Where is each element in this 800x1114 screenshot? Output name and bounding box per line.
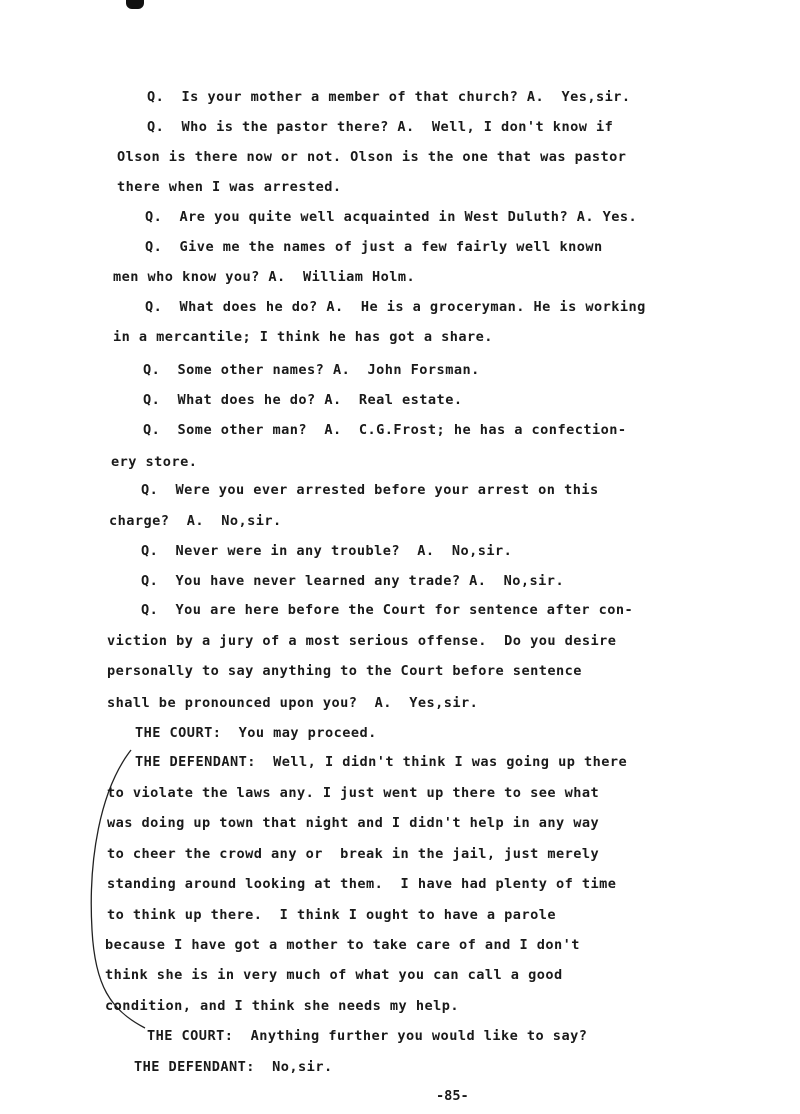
transcript-line: Q. Who is the pastor there? A. Well, I d… bbox=[147, 119, 613, 135]
transcript-line: to violate the laws any. I just went up … bbox=[107, 785, 599, 801]
transcript-line: Q. Some other names? A. John Forsman. bbox=[143, 362, 480, 378]
transcript-line: THE DEFENDANT: Well, I didn't think I wa… bbox=[135, 754, 627, 770]
transcript-line: charge? A. No,sir. bbox=[109, 513, 282, 529]
transcript-line: to think up there. I think I ought to ha… bbox=[107, 907, 556, 923]
transcript-line: viction by a jury of a most serious offe… bbox=[107, 633, 616, 649]
transcript-line: condition, and I think she needs my help… bbox=[105, 998, 459, 1014]
transcript-page: Q. Is your mother a member of that churc… bbox=[0, 0, 800, 1114]
transcript-line: was doing up town that night and I didn'… bbox=[107, 815, 599, 831]
transcript-line: THE COURT: Anything further you would li… bbox=[147, 1028, 587, 1044]
transcript-line: men who know you? A. William Holm. bbox=[113, 269, 415, 285]
transcript-line: Q. What does he do? A. He is a groceryma… bbox=[145, 299, 646, 315]
transcript-line: Q. Give me the names of just a few fairl… bbox=[145, 239, 603, 255]
transcript-line: to cheer the crowd any or break in the j… bbox=[107, 846, 599, 862]
transcript-line: Q. Some other man? A. C.G.Frost; he has … bbox=[143, 422, 627, 438]
transcript-line: Q. Were you ever arrested before your ar… bbox=[141, 482, 599, 498]
transcript-line: Olson is there now or not. Olson is the … bbox=[117, 149, 626, 165]
transcript-line: personally to say anything to the Court … bbox=[107, 663, 582, 679]
transcript-line: Q. What does he do? A. Real estate. bbox=[143, 392, 462, 408]
transcript-line: standing around looking at them. I have … bbox=[107, 876, 616, 892]
page-number: -85- bbox=[436, 1088, 469, 1104]
transcript-line: because I have got a mother to take care… bbox=[105, 937, 580, 953]
transcript-line: there when I was arrested. bbox=[117, 179, 342, 195]
transcript-line: THE COURT: You may proceed. bbox=[135, 725, 377, 741]
transcript-line: in a mercantile; I think he has got a sh… bbox=[113, 329, 493, 345]
transcript-line: Q. Are you quite well acquainted in West… bbox=[145, 209, 637, 225]
transcript-line: Q. You have never learned any trade? A. … bbox=[141, 573, 564, 589]
transcript-line: shall be pronounced upon you? A. Yes,sir… bbox=[107, 695, 478, 711]
transcript-line: Q. You are here before the Court for sen… bbox=[141, 602, 633, 618]
transcript-line: ery store. bbox=[111, 454, 197, 470]
transcript-line: Q. Is your mother a member of that churc… bbox=[147, 89, 631, 105]
transcript-line: Q. Never were in any trouble? A. No,sir. bbox=[141, 543, 512, 559]
transcript-line: THE DEFENDANT: No,sir. bbox=[134, 1059, 333, 1075]
transcript-line: think she is in very much of what you ca… bbox=[105, 967, 563, 983]
